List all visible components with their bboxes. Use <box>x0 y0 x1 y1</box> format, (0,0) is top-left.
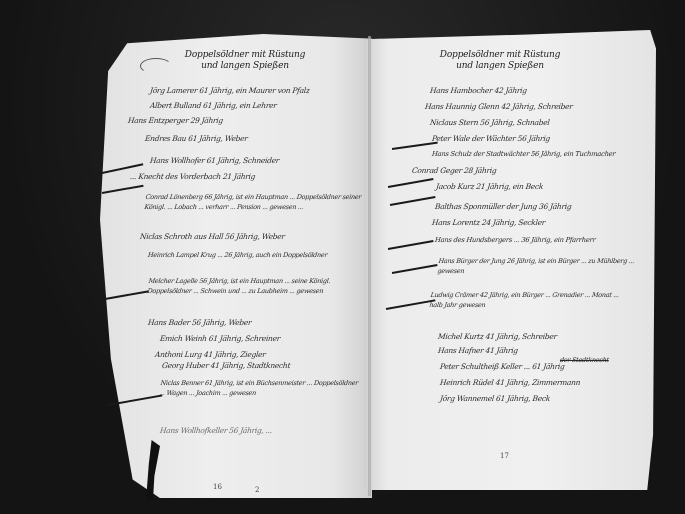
right-entry: Hans Schulz der Stadtwächter 56 Jährig, … <box>432 150 616 158</box>
left-entry: Niclas Benner 61 Jährig, ist ein Büchsen… <box>159 378 361 398</box>
left-entry: Niclas Schroth aus Hall 56 Jährig, Weber <box>140 232 286 241</box>
left-page-heading: Doppelsöldner mit Rüstung und langen Spi… <box>150 50 340 72</box>
right-entry: Hans des Hundsbergers ... 36 Jährig, ein… <box>435 236 596 244</box>
left-entry: Hans Wollhofer 61 Jährig, Schneider <box>150 156 280 165</box>
folio-mark-left: 2 <box>255 486 259 494</box>
right-entry: Jörg Wannemel 61 Jährig, Beck <box>440 394 551 403</box>
right-page-heading: Doppelsöldner mit Rüstung und langen Spi… <box>420 50 580 72</box>
right-entry: Michel Kurtz 41 Jährig, Schreiber <box>438 332 558 341</box>
right-entry: Hans Haunnig Glenn 42 Jährig, Schreiber <box>425 102 573 111</box>
right-entry: Niclaus Stern 56 Jährig, Schnabel <box>430 118 550 127</box>
right-heading-line-1: Doppelsöldner mit Rüstung <box>420 50 580 61</box>
heading-flourish <box>140 58 172 74</box>
left-entry: Albert Bulland 61 Jährig, ein Lehrer <box>150 101 278 110</box>
right-entry: Ludwig Crämer 42 Jährig, ein Bürger ... … <box>429 290 631 310</box>
left-entry: Hans Bader 56 Jährig, Weber <box>148 318 252 327</box>
left-entry: Hans Wollhofkeller 56 Jährig, ... <box>160 426 273 435</box>
right-heading-line-2: und langen Spießen <box>420 61 580 72</box>
right-entry: Hans Hambocher 42 Jährig <box>430 86 528 95</box>
right-entry: Jacob Kurz 21 Jährig, ein Beck <box>436 182 544 191</box>
book-gutter <box>368 36 371 496</box>
struck-text: der Stadtknecht <box>560 356 610 364</box>
left-entry: Endres Bau 61 Jährig, Weber <box>145 134 249 143</box>
left-entry: ... Knecht des Vorderbach 21 Jährig <box>130 172 256 181</box>
right-entry: Peter Wale der Wächter 56 Jährig <box>432 134 551 143</box>
left-heading-line-2: und langen Spießen <box>150 61 340 72</box>
right-entry: Hans Bürger der Jung 26 Jährig, ist ein … <box>437 256 639 276</box>
left-entry: Anthoni Lurg 41 Jährig, Ziegler <box>155 350 267 359</box>
left-entry: Melcher Lagelle 56 Jährig, ist ein Haupt… <box>147 276 364 296</box>
left-entry: Jörg Lamerer 61 Jährig, ein Maurer von P… <box>150 86 310 95</box>
right-entry: Heinrich Rüdel 41 Jährig, Zimmermann <box>440 378 581 387</box>
left-entry: Hans Entzperger 29 Jährig <box>128 116 224 125</box>
right-entry: Balthas Sponmüller der Jung 36 Jährig <box>435 202 572 211</box>
folio-number-right: 17 <box>500 452 509 460</box>
folio-number-left: 16 <box>213 483 222 491</box>
right-entry: Hans Lorentz 24 Jährig, Seckler <box>432 218 546 227</box>
right-entry: Conrad Geger 28 Jährig <box>412 166 497 175</box>
right-entry: Hans Hafner 41 Jährig <box>438 346 519 355</box>
right-entry: Peter Schultheiß Keller ... 61 Jährig <box>440 362 565 371</box>
left-heading-line-1: Doppelsöldner mit Rüstung <box>150 50 340 61</box>
left-entry: Conrad Lönenberg 66 Jährig, ist ein Haup… <box>144 192 366 212</box>
left-entry: Heinrich Lampel Krug ... 26 Jährig, auch… <box>147 250 363 260</box>
left-entry: Emich Weinh 61 Jährig, Schreiner <box>160 334 281 343</box>
left-entry: Georg Huber 41 Jährig, Stadtknecht <box>162 361 291 370</box>
